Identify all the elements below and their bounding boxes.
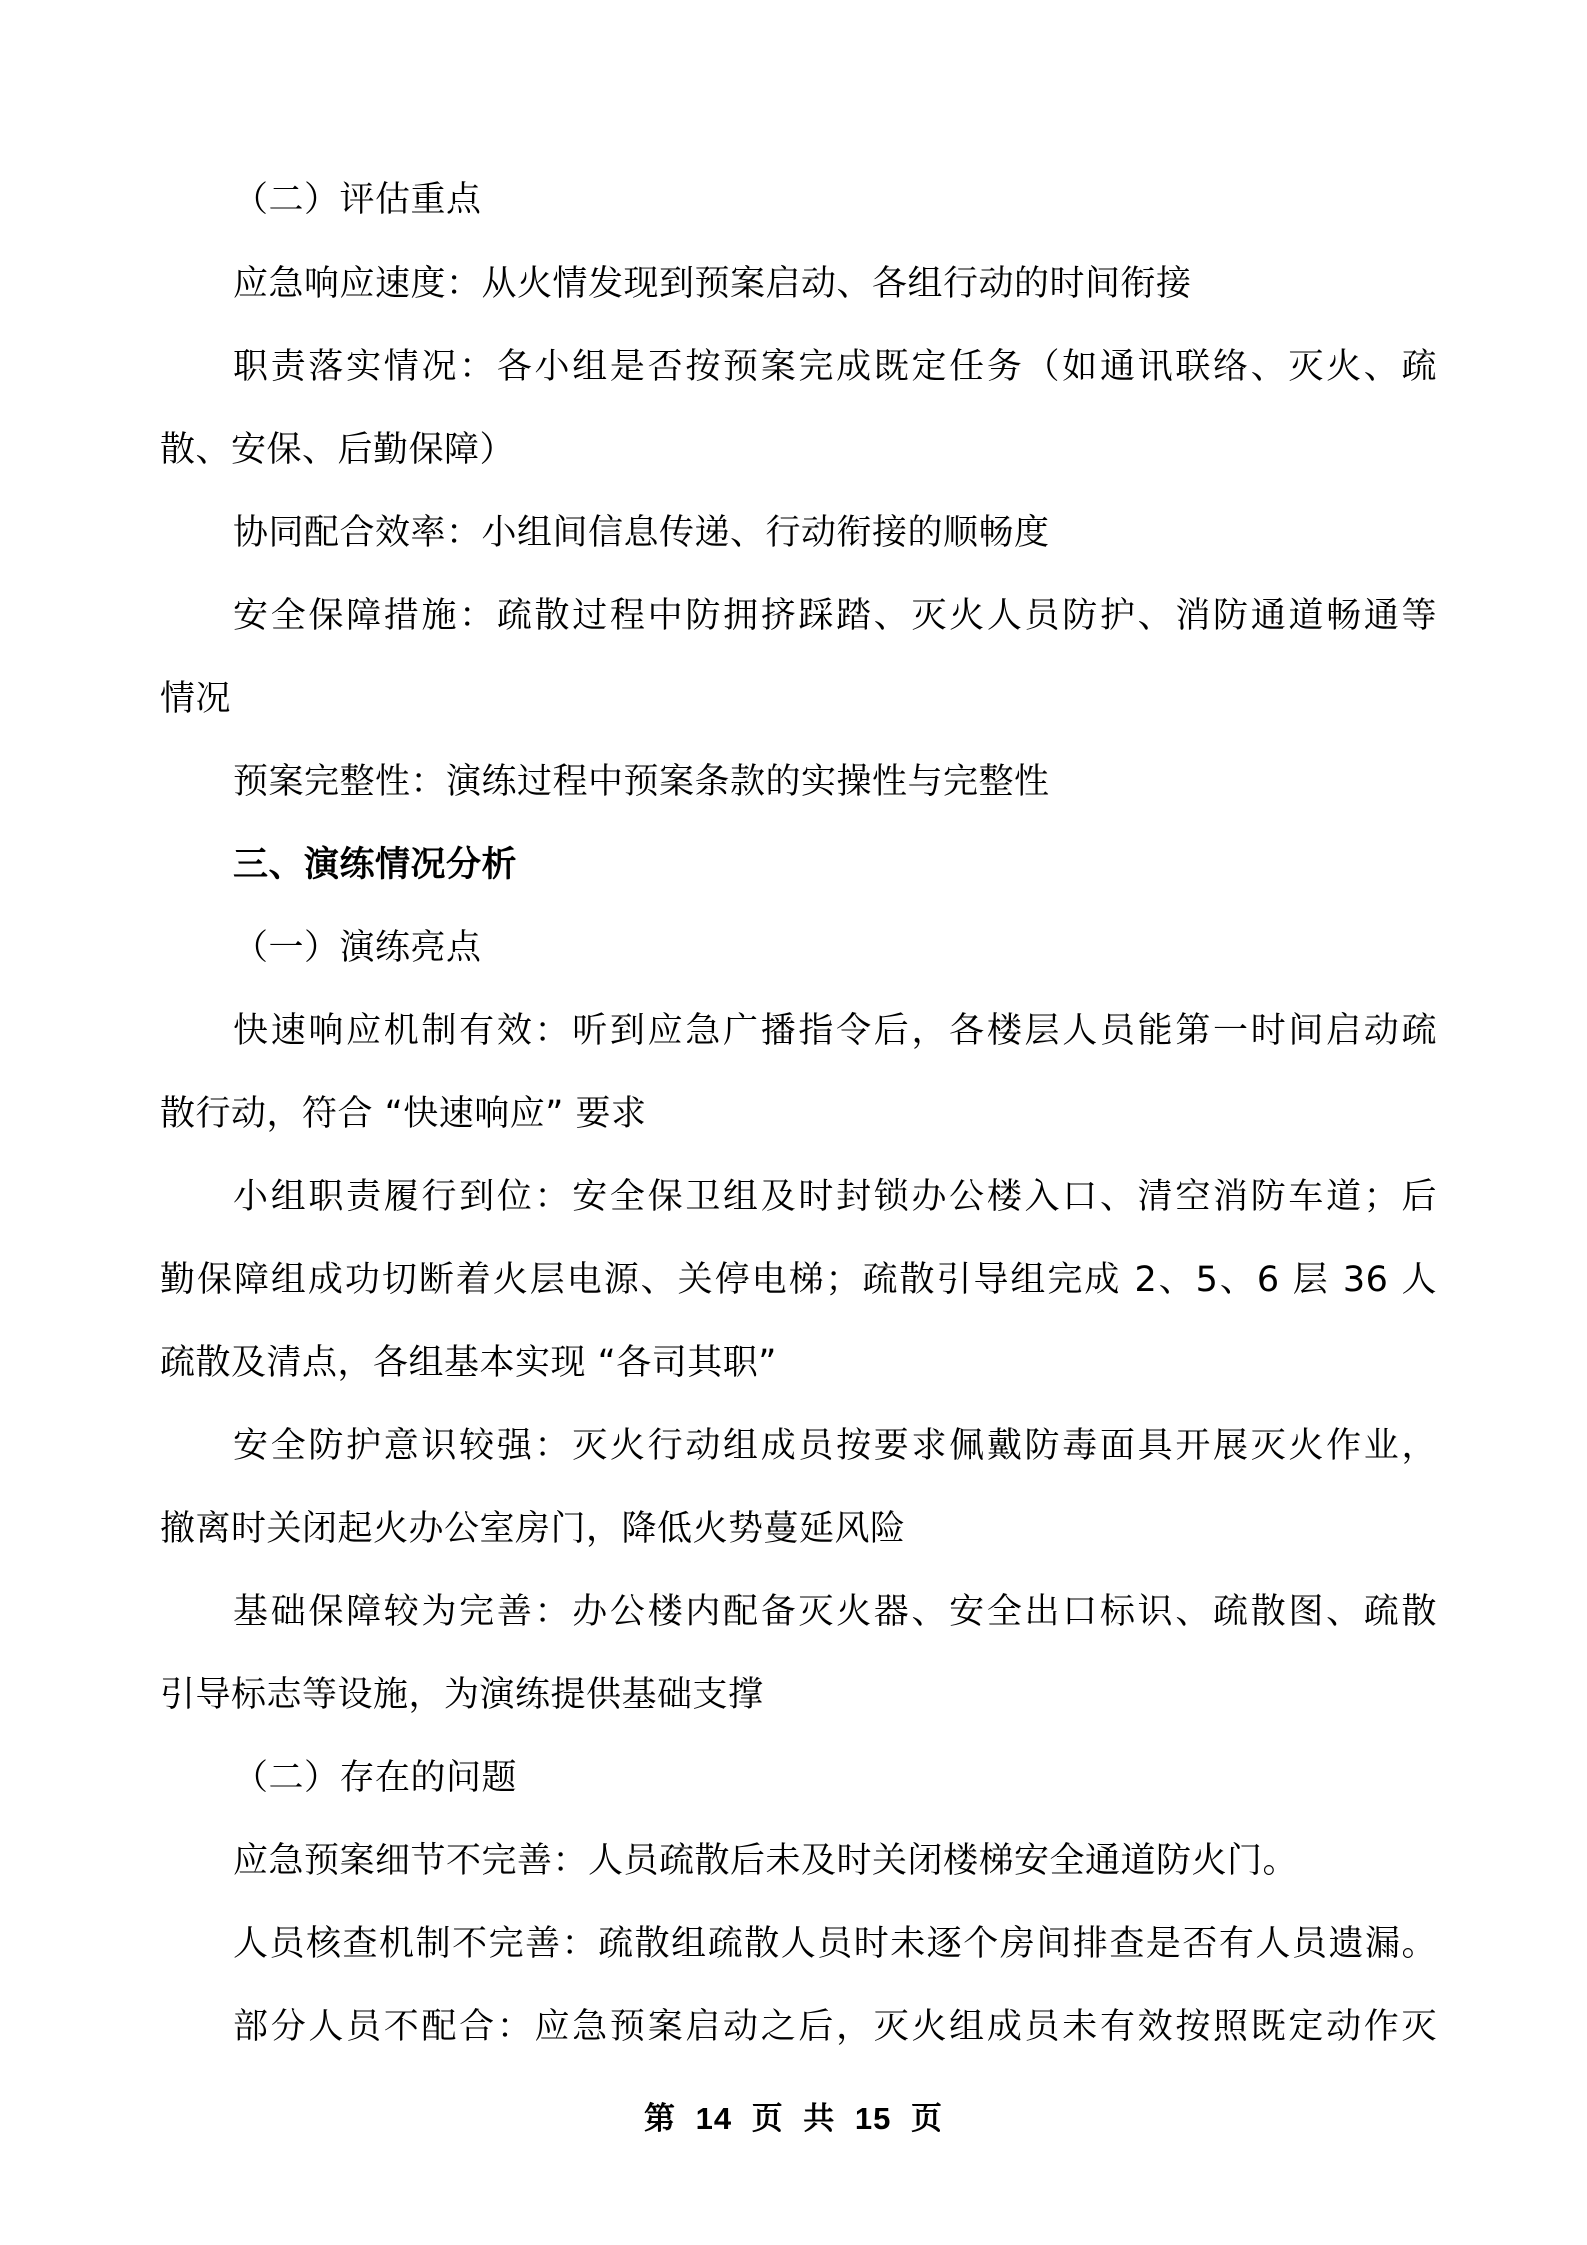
subheading-evaluation-focus: （二）评估重点 (233, 180, 1503, 220)
paragraph-duty-fulfillment: 职责落实情况：各小组是否按预案完成既定任务（如通讯联络、灭火、疏 (233, 347, 1437, 387)
paragraph-safety-awareness: 安全防护意识较强：灭火行动组成员按要求佩戴防毒面具开展灭火作业， (233, 1426, 1437, 1466)
paragraph-rapid-response: 快速响应机制有效：听到应急广播指令后，各楼层人员能第一时间启动疏 (233, 1011, 1437, 1051)
page-number-footer: 第 14 页 共 15 页 (0, 2093, 1587, 2138)
paragraph-plan-details: 应急预案细节不完善：人员疏散后未及时关闭楼梯安全通道防火门。 (233, 1841, 1503, 1881)
subheading-drill-highlights: （一）演练亮点 (233, 928, 1503, 968)
paragraph-rapid-response-cont: 散行动，符合 “快速响应” 要求 (160, 1094, 1430, 1134)
paragraph-coordination-efficiency: 协同配合效率：小组间信息传递、行动衔接的顺畅度 (233, 513, 1503, 553)
subheading-existing-problems: （二）存在的问题 (233, 1758, 1503, 1798)
paragraph-plan-completeness: 预案完整性：演练过程中预案条款的实操性与完整性 (233, 762, 1503, 802)
paragraph-safety-measures: 安全保障措施：疏散过程中防拥挤踩踏、灭火人员防护、消防通道畅通等 (233, 596, 1437, 636)
paragraph-personnel-check: 人员核查机制不完善：疏散组疏散人员时未逐个房间排查是否有人员遗漏。 (233, 1924, 1437, 1964)
paragraph-safety-awareness-cont: 撤离时关闭起火办公室房门，降低火势蔓延风险 (160, 1509, 1430, 1549)
paragraph-basic-support: 基础保障较为完善：办公楼内配备灭火器、安全出口标识、疏散图、疏散 (233, 1592, 1437, 1632)
document-page: （二）评估重点 应急响应速度：从火情发现到预案启动、各组行动的时间衔接 职责落实… (0, 0, 1587, 2245)
paragraph-safety-measures-cont: 情况 (160, 679, 1430, 719)
section-heading-drill-analysis: 三、演练情况分析 (233, 845, 1503, 885)
paragraph-group-duties: 小组职责履行到位：安全保卫组及时封锁办公楼入口、清空消防车道；后 (233, 1177, 1437, 1217)
paragraph-basic-support-cont: 引导标志等设施，为演练提供基础支撑 (160, 1675, 1430, 1715)
paragraph-group-duties-cont: 勤保障组成功切断着火层电源、关停电梯；疏散引导组完成 2、5、6 层 36 人 (160, 1260, 1437, 1300)
paragraph-noncooperation: 部分人员不配合：应急预案启动之后，灭火组成员未有效按照既定动作灭 (233, 2007, 1437, 2047)
paragraph-duty-fulfillment-cont: 散、安保、后勤保障） (160, 430, 1430, 470)
paragraph-response-speed: 应急响应速度：从火情发现到预案启动、各组行动的时间衔接 (233, 264, 1503, 304)
paragraph-group-duties-cont2: 疏散及清点，各组基本实现 “各司其职” (160, 1343, 1430, 1383)
